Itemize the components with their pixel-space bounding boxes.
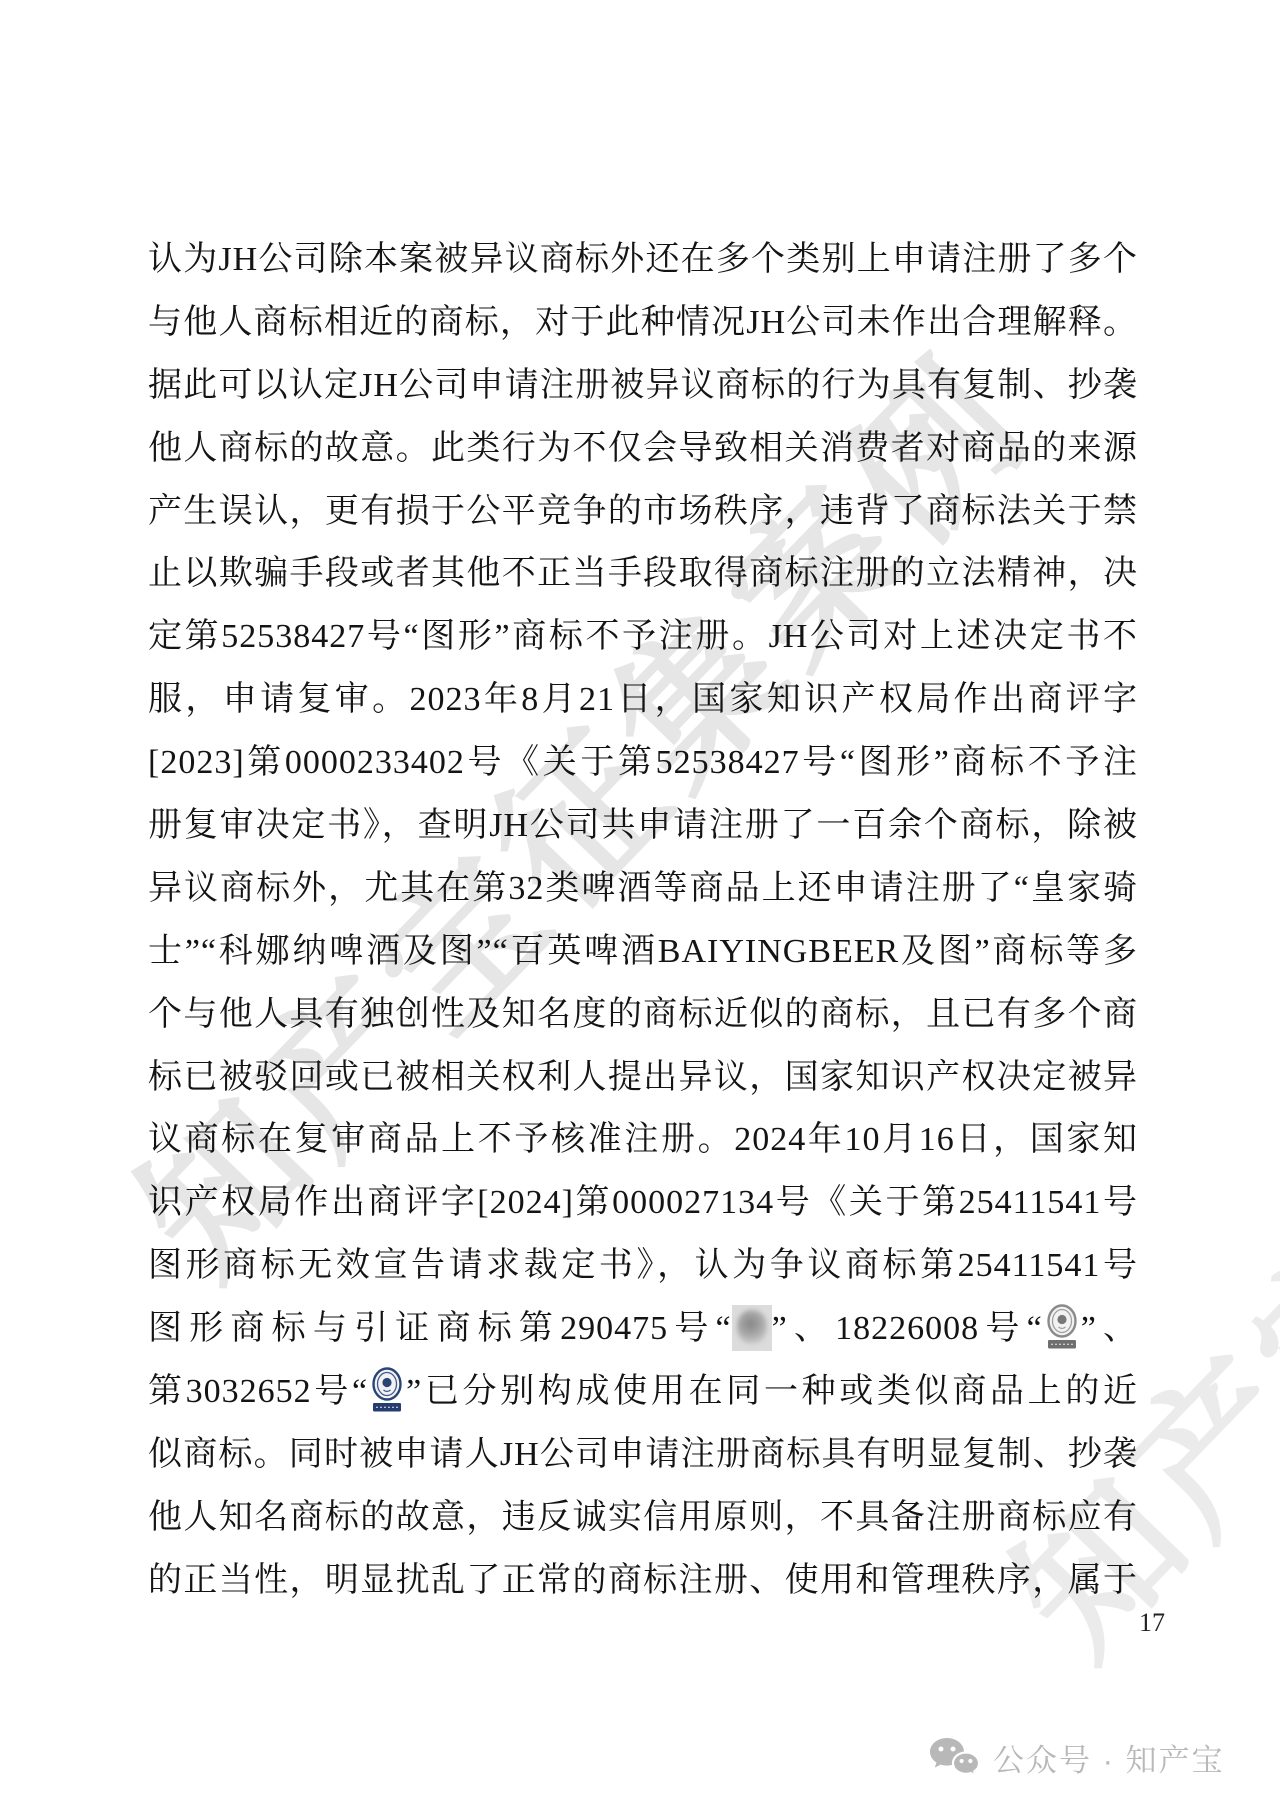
text-line: 认为JH公司除本案被异议商标外还在多个类别上申请注册了多个 (148, 229, 1138, 292)
cited-mark-18226008-image (1043, 1303, 1081, 1353)
text-line: 产生误认，更有损于公平竞争的市场秩序，违背了商标法关于禁 (148, 481, 1138, 544)
footer-account-label: 公众号 · 知产宝 (993, 1735, 1225, 1780)
text-line: 据此可以认定JH公司申请注册被异议商标的行为具有复制、抄袭 (148, 355, 1138, 418)
text-line: 议商标在复审商品上不予核准注册。2024年10月16日，国家知 (148, 1109, 1138, 1172)
text-line: 标已被驳回或已被相关权利人提出异议，国家知识产权决定被异 (148, 1047, 1138, 1110)
text-line: 册复审决定书》，查明JH公司共申请注册了一百余个商标，除被 (148, 795, 1138, 858)
text-line: 与他人商标相近的商标，对于此种情况JH公司未作出合理解释。 (148, 292, 1138, 355)
text-line: 服，申请复审。2023年8月21日，国家知识产权局作出商评字 (148, 669, 1138, 732)
text-line: 异议商标外，尤其在第32类啤酒等商品上还申请注册了“皇家骑 (148, 858, 1138, 921)
text-line: 图形商标无效宣告请求裁定书》，认为争议商标第25411541号 (148, 1235, 1138, 1298)
cited-mark-290475-image (732, 1305, 772, 1351)
text-line: 他人商标的故意。此类行为不仅会导致相关消费者对商品的来源 (148, 418, 1138, 481)
document-body: 认为JH公司除本案被异议商标外还在多个类别上申请注册了多个与他人商标相近的商标，… (148, 229, 1138, 1613)
document-page: 知产宝征集案例 知产宝征集案例 认为JH公司除本案被异议商标外还在多个类别上申请… (0, 0, 1280, 1810)
cited-mark-3032652-image (368, 1366, 406, 1416)
text-line: 似商标。同时被申请人JH公司申请注册商标具有明显复制、抄袭 (148, 1424, 1138, 1487)
text-line: 的正当性，明显扰乱了正常的商标注册、使用和管理秩序，属于 (148, 1550, 1138, 1613)
wechat-icon (928, 1737, 980, 1779)
text-line: 定第52538427号“图形”商标不予注册。JH公司对上述决定书不 (148, 606, 1138, 669)
blurred-mark-blob (737, 1310, 767, 1344)
text-line: [2023]第0000233402号《关于第52538427号“图形”商标不予注 (148, 732, 1138, 795)
text-line: 士”“科娜纳啤酒及图”“百英啤酒BAIYINGBEER及图”商标等多 (148, 921, 1138, 984)
text-line: 止以欺骗手段或者其他不正当手段取得商标注册的立法精神，决 (148, 543, 1138, 606)
text-line: 识产权局作出商评字[2024]第000027134号《关于第25411541号 (148, 1172, 1138, 1235)
text-line: 他人知名商标的故意，违反诚实信用原则，不具备注册商标应有 (148, 1487, 1138, 1550)
text-line: 第3032652号“”已分别构成使用在同一种或类似商品上的近 (148, 1361, 1138, 1424)
footer-branding: 公众号 · 知产宝 (928, 1735, 1225, 1780)
page-number: 17 (1139, 1608, 1165, 1638)
text-line: 图形商标与引证商标第290475号“”、18226008号“”、 (148, 1298, 1138, 1361)
text-line: 个与他人具有独创性及知名度的商标近似的商标，且已有多个商 (148, 984, 1138, 1047)
